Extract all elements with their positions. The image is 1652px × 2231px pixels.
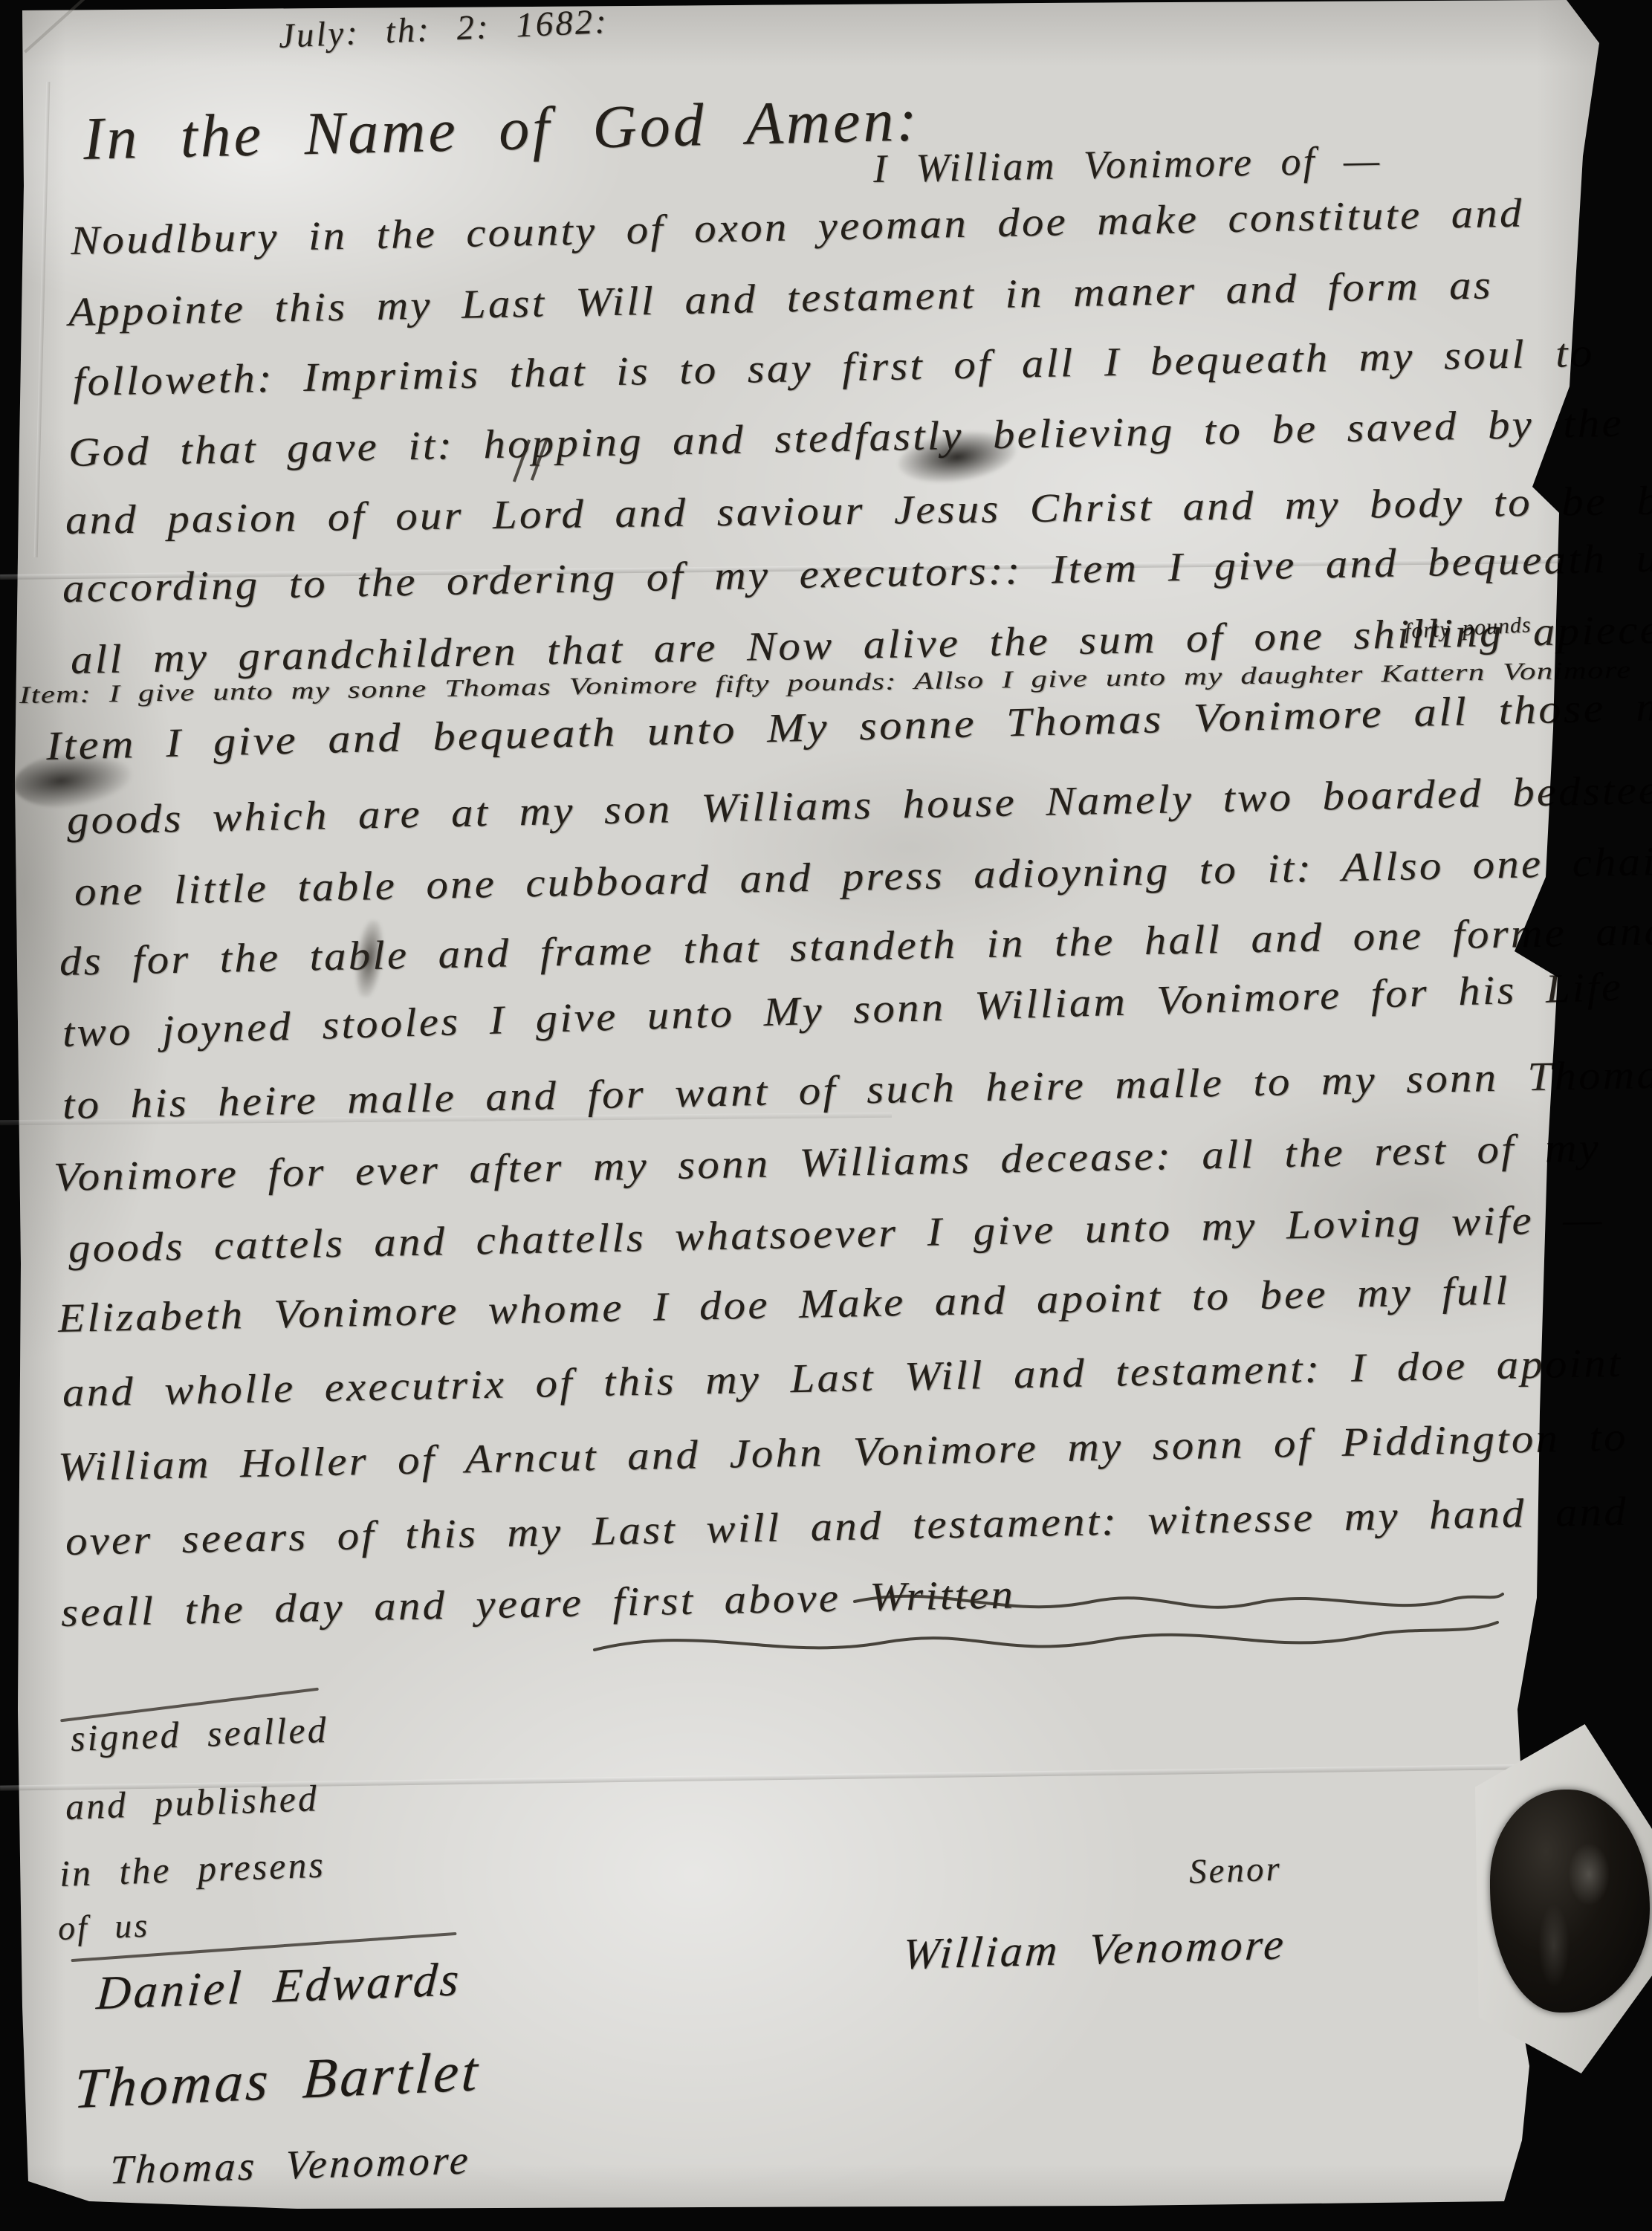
attestation-line: signed sealled — [70, 1708, 328, 1760]
manuscript-photo: July: th: 2: 1682: In the Name of God Am… — [0, 0, 1652, 2231]
pen-flourish — [587, 1579, 1509, 1668]
testator-title: Senor — [1188, 1849, 1282, 1892]
testator-signature: William Venomore — [901, 1918, 1288, 1980]
attestation-line: and published — [65, 1776, 320, 1828]
opening-continuation: I William Vonimore of — — [872, 137, 1381, 192]
attestation-line: of us — [57, 1905, 150, 1948]
